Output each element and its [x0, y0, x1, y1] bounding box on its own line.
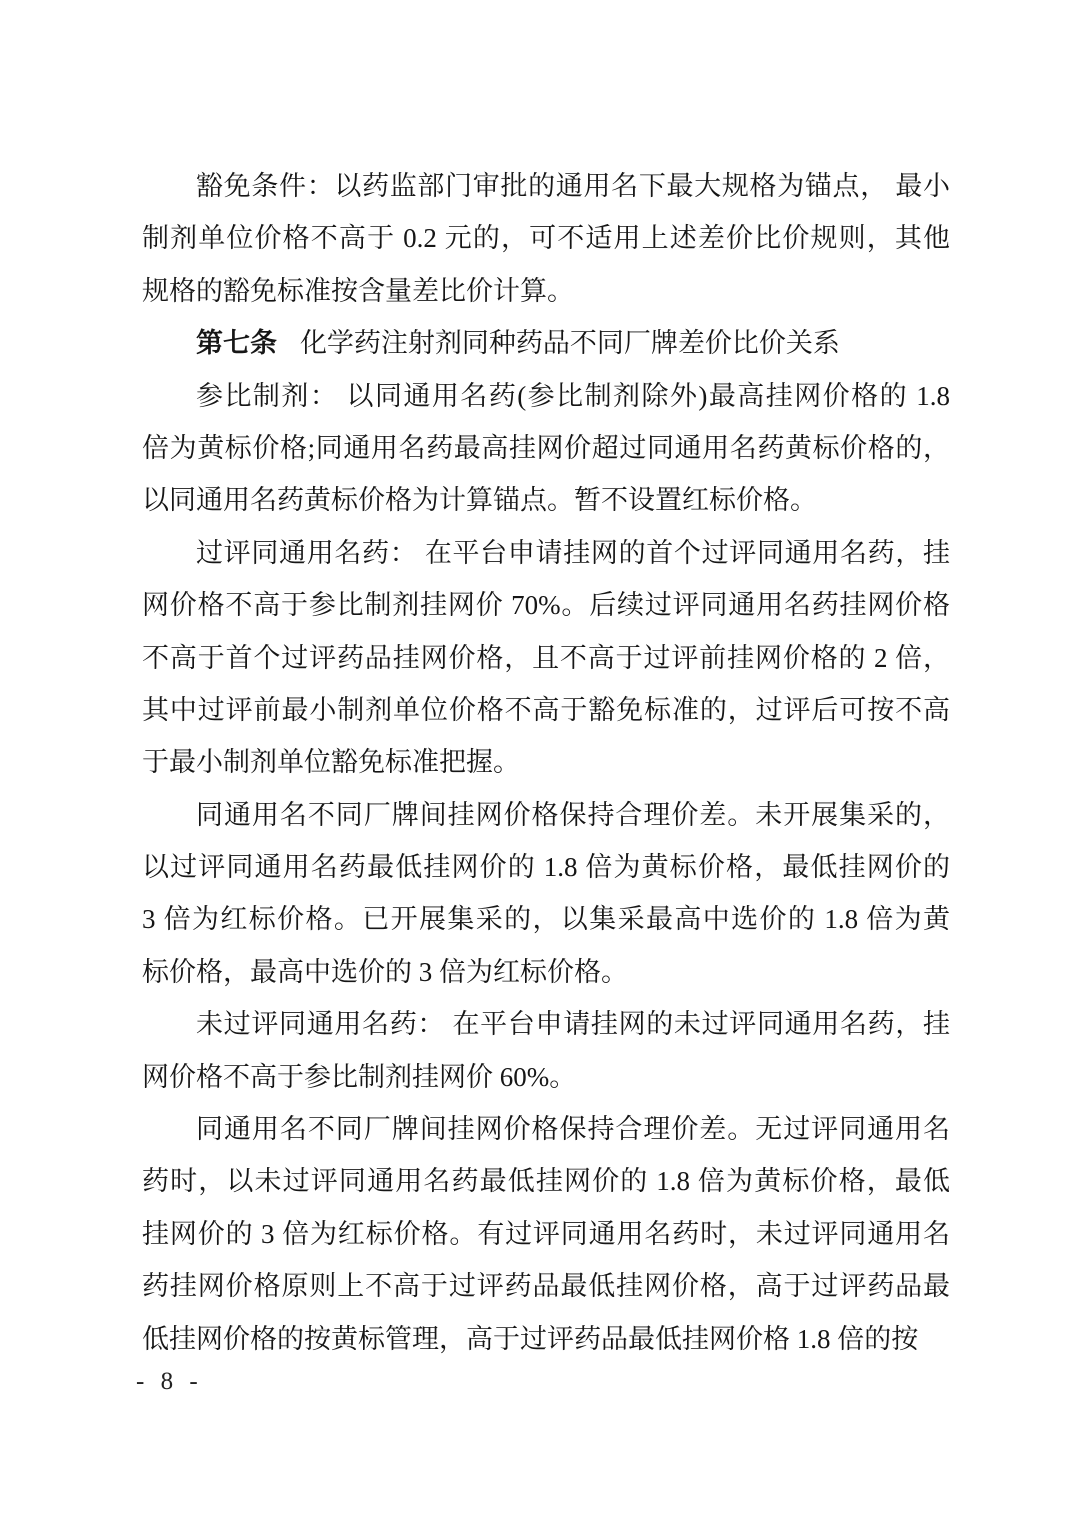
text-line: 不高于首个过评药品挂网价格，且不高于过评前挂网价格的 2 倍， — [142, 632, 950, 684]
text-line: 参比制剂： 以同通用名药(参比制剂除外)最高挂网价格的 1.8 — [142, 370, 950, 422]
text-line: 制剂单位价格不高于 0.2 元的，可不适用上述差价比价规则，其他 — [142, 212, 950, 264]
article-title: 化学药注射剂同种药品不同厂牌差价比价关系 — [300, 328, 840, 358]
text-line: 过评同通用名药： 在平台申请挂网的首个过评同通用名药，挂 — [142, 527, 950, 579]
text-line: 倍为黄标价格;同通用名药最高挂网价超过同通用名药黄标价格的， — [142, 422, 950, 474]
text-line: 药时，以未过评同通用名药最低挂网价的 1.8 倍为黄标价格，最低 — [142, 1155, 950, 1207]
text-line: 挂网价的 3 倍为红标价格。有过评同通用名药时，未过评同通用名 — [142, 1208, 950, 1260]
text-line: 豁免条件：以药监部门审批的通用名下最大规格为锚点， 最小 — [142, 160, 950, 212]
text-line: 以同通用名药黄标价格为计算锚点。暂不设置红标价格。 — [142, 474, 950, 526]
page-number: - 8 - — [136, 1362, 203, 1402]
text-line: 于最小制剂单位豁免标准把握。 — [142, 736, 950, 788]
article-number: 第七条 — [196, 328, 277, 358]
text-line: 同通用名不同厂牌间挂网价格保持合理价差。未开展集采的， — [142, 789, 950, 841]
text-line: 药挂网价格原则上不高于过评药品最低挂网价格，高于过评药品最 — [142, 1260, 950, 1312]
text-line: 标价格，最高中选价的 3 倍为红标价格。 — [142, 946, 950, 998]
text-line: 以过评同通用名药最低挂网价的 1.8 倍为黄标价格，最低挂网价的 — [142, 841, 950, 893]
text-line: 第七条化学药注射剂同种药品不同厂牌差价比价关系 — [142, 317, 950, 369]
document-body: 豁免条件：以药监部门审批的通用名下最大规格为锚点， 最小制剂单位价格不高于 0.… — [142, 160, 950, 1365]
text-line: 未过评同通用名药： 在平台申请挂网的未过评同通用名药，挂 — [142, 998, 950, 1050]
text-line: 网价格不高于参比制剂挂网价 60%。 — [142, 1051, 950, 1103]
text-line: 同通用名不同厂牌间挂网价格保持合理价差。无过评同通用名 — [142, 1103, 950, 1155]
text-line: 网价格不高于参比制剂挂网价 70%。后续过评同通用名药挂网价格 — [142, 579, 950, 631]
text-line: 规格的豁免标准按含量差比价计算。 — [142, 265, 950, 317]
text-line: 3 倍为红标价格。已开展集采的，以集采最高中选价的 1.8 倍为黄 — [142, 893, 950, 945]
text-line: 其中过评前最小制剂单位价格不高于豁免标准的，过评后可按不高 — [142, 684, 950, 736]
document-page: 豁免条件：以药监部门审批的通用名下最大规格为锚点， 最小制剂单位价格不高于 0.… — [0, 0, 1074, 1520]
text-line: 低挂网价格的按黄标管理，高于过评药品最低挂网价格 1.8 倍的按 — [142, 1313, 950, 1365]
